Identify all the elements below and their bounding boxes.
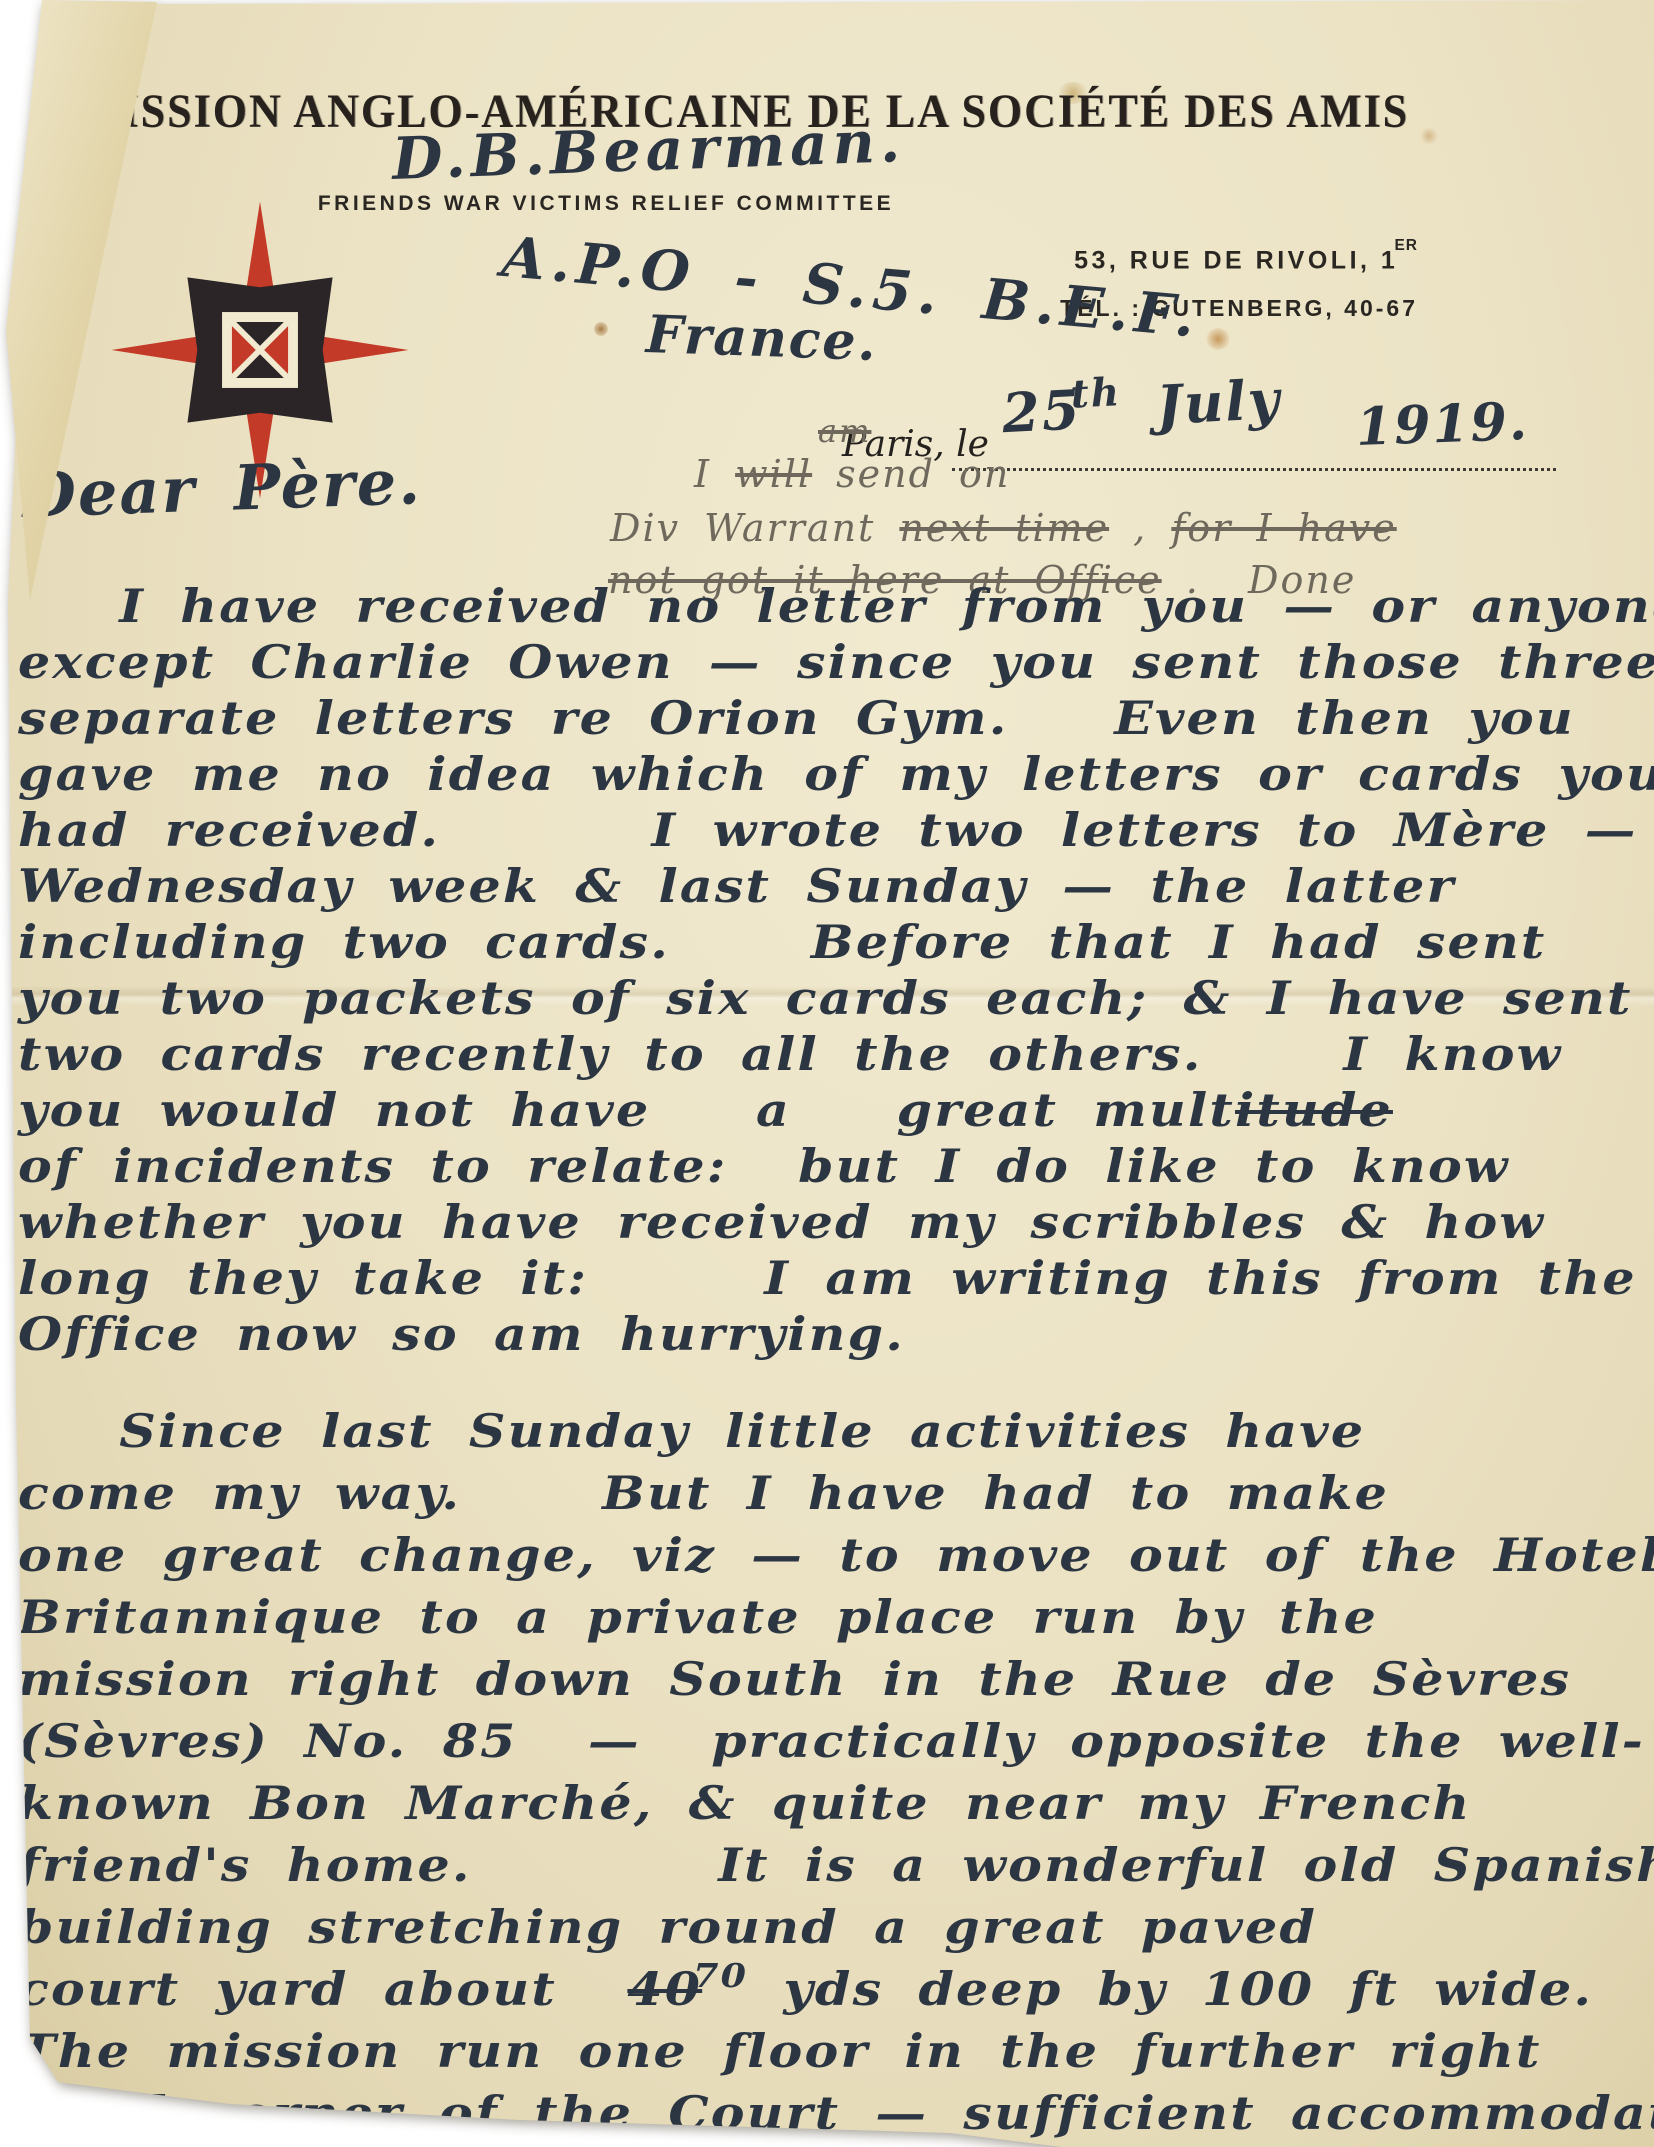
text-segment: one great change, viz — to move out of t… (18, 1528, 1654, 1582)
text-segment: Wednesday week & last Sunday — the latte… (18, 859, 1455, 913)
text-segment: Office now so am hurrying. (18, 1307, 905, 1361)
body-line: Wednesday week & last Sunday — the latte… (18, 858, 1654, 914)
body-line: of incidents to relate: but I do like to… (18, 1138, 1654, 1194)
body-line: come my way. But I have had to make (18, 1462, 1654, 1524)
body-line: gave me no idea which of my letters or c… (18, 746, 1654, 802)
country-line: France. (645, 304, 879, 373)
body-line: Britannique to a private place run by th… (18, 1586, 1654, 1648)
body-line: separate letters re Orion Gym. Even then… (18, 690, 1654, 746)
pencil-note-line: I will send on (694, 452, 1010, 496)
text-segment: (Sèvres) No. 85 — practically opposite t… (18, 1714, 1645, 1768)
struck-text: for I have (1171, 506, 1396, 550)
text-segment: known Bon Marché, & quite near my French (18, 1776, 1472, 1830)
body-line: Office now so am hurrying. (18, 1306, 1654, 1362)
text-segment: whether you have received my scribbles &… (18, 1195, 1545, 1249)
text-segment: Since last Sunday little activities have (119, 1404, 1365, 1458)
salutation: Dear Père. (21, 445, 423, 532)
handwritten-date-year: 1919. (1355, 391, 1530, 458)
text-segment: of incidents to relate: but I do like to… (18, 1139, 1510, 1193)
text-segment: you would not have a great mult (18, 1083, 1235, 1137)
body-line: long they take it: I am writing this fro… (18, 1250, 1654, 1306)
body-line: mission right down South in the Rue de S… (18, 1648, 1654, 1710)
body-line: known Bon Marché, & quite near my French (18, 1772, 1654, 1834)
body-line: I have received no letter from you — or … (18, 578, 1654, 634)
struck-text: next time (899, 506, 1109, 550)
body-line: hand corner of the Court — sufficient ac… (18, 2082, 1654, 2144)
text-segment: except Charlie Owen — since you sent tho… (18, 635, 1654, 689)
struck-text: am (818, 412, 871, 450)
body-line: one great change, viz — to move out of t… (18, 1524, 1654, 1586)
address-street-text: 53, RUE DE RIVOLI, 1 (1074, 246, 1398, 274)
text-segment: I have received no letter from you — or … (119, 579, 1654, 633)
text-segment: including two cards. Before that I had s… (18, 915, 1547, 969)
body-line: except Charlie Owen — since you sent tho… (18, 634, 1654, 690)
pencil-note-word-above: am (818, 412, 871, 450)
text-segment: 70 (693, 1956, 748, 1995)
handwritten-date-day-month: 25th July (1001, 367, 1283, 446)
body-line: friend's home. It is a wonderful old Spa… (18, 1834, 1654, 1896)
text-segment: court yard about (18, 1962, 627, 2016)
text-segment: , (1109, 506, 1171, 550)
body-line: you two packets of six cards each; & I h… (18, 970, 1654, 1026)
body-line: The mission run one floor in the further… (18, 2020, 1654, 2082)
text-segment: Div Warrant (610, 506, 899, 550)
body-line: court yard about 4070 yds deep by 100 ft… (18, 1958, 1654, 2020)
body-line: you would not have a great multitude (18, 1082, 1654, 1138)
text-segment: Britannique to a private place run by th… (18, 1590, 1378, 1644)
body-line: building stretching round a great paved (18, 1896, 1654, 1958)
pencil-note-line: Div Warrant next time , for I have (610, 506, 1397, 550)
text-segment: mission right down South in the Rue de S… (18, 1652, 1571, 1706)
text-segment: two cards recently to all the others. I … (18, 1027, 1562, 1081)
text-segment: The mission run one floor in the further… (18, 2024, 1542, 2078)
body-line: whether you have received my scribbles &… (18, 1194, 1654, 1250)
text-segment: I (694, 452, 735, 496)
struck-text: 40 (627, 1962, 702, 2016)
text-segment: come my way. But I have had to make (18, 1466, 1389, 1520)
paper-stain (1206, 328, 1230, 350)
scanned-letter-page: { "page": { "paper_color": "#ece3c5", "i… (0, 0, 1654, 2147)
text-segment: you two packets of six cards each; & I h… (18, 971, 1633, 1025)
letter-paragraph-1: I have received no letter from you — or … (18, 578, 1654, 1362)
body-line: had received. I wrote two letters to Mèr… (18, 802, 1654, 858)
address-street-sup: ER (1394, 237, 1418, 254)
text-segment: building stretching round a great paved (18, 1900, 1317, 1954)
letter-paragraph-2: Since last Sunday little activities have… (18, 1400, 1654, 2144)
text-segment: gave me no idea which of my letters or c… (18, 747, 1654, 801)
text-segment: send on (812, 452, 1010, 496)
struck-text: will (735, 452, 812, 496)
paper-wrap: MISSION ANGLO-AMÉRICAINE DE LA SOCIÉTÉ D… (0, 0, 1654, 2147)
letter-paper: MISSION ANGLO-AMÉRICAINE DE LA SOCIÉTÉ D… (0, 0, 1654, 2147)
text-segment: friend's home. It is a wonderful old Spa… (18, 1838, 1654, 1892)
date-dotted-rule (952, 468, 1556, 471)
text-segment: separate letters re Orion Gym. Even then… (18, 691, 1575, 745)
body-line: including two cards. Before that I had s… (18, 914, 1654, 970)
text-segment: yds deep by 100 ft wide. (748, 1962, 1593, 2016)
body-line: two cards recently to all the others. I … (18, 1026, 1654, 1082)
text-segment: July (1120, 367, 1283, 439)
paper-stain (594, 322, 608, 336)
text-segment: th (1070, 369, 1123, 418)
text-segment: hand corner of the Court — sufficient ac… (18, 2086, 1654, 2140)
text-segment: long they take it: I am writing this fro… (18, 1251, 1637, 1305)
text-segment: had received. I wrote two letters to Mèr… (18, 803, 1638, 857)
struck-text: itude (1235, 1083, 1393, 1137)
paper-stain (1420, 128, 1438, 144)
body-line: Since last Sunday little activities have (18, 1400, 1654, 1462)
body-line: (Sèvres) No. 85 — practically opposite t… (18, 1710, 1654, 1772)
